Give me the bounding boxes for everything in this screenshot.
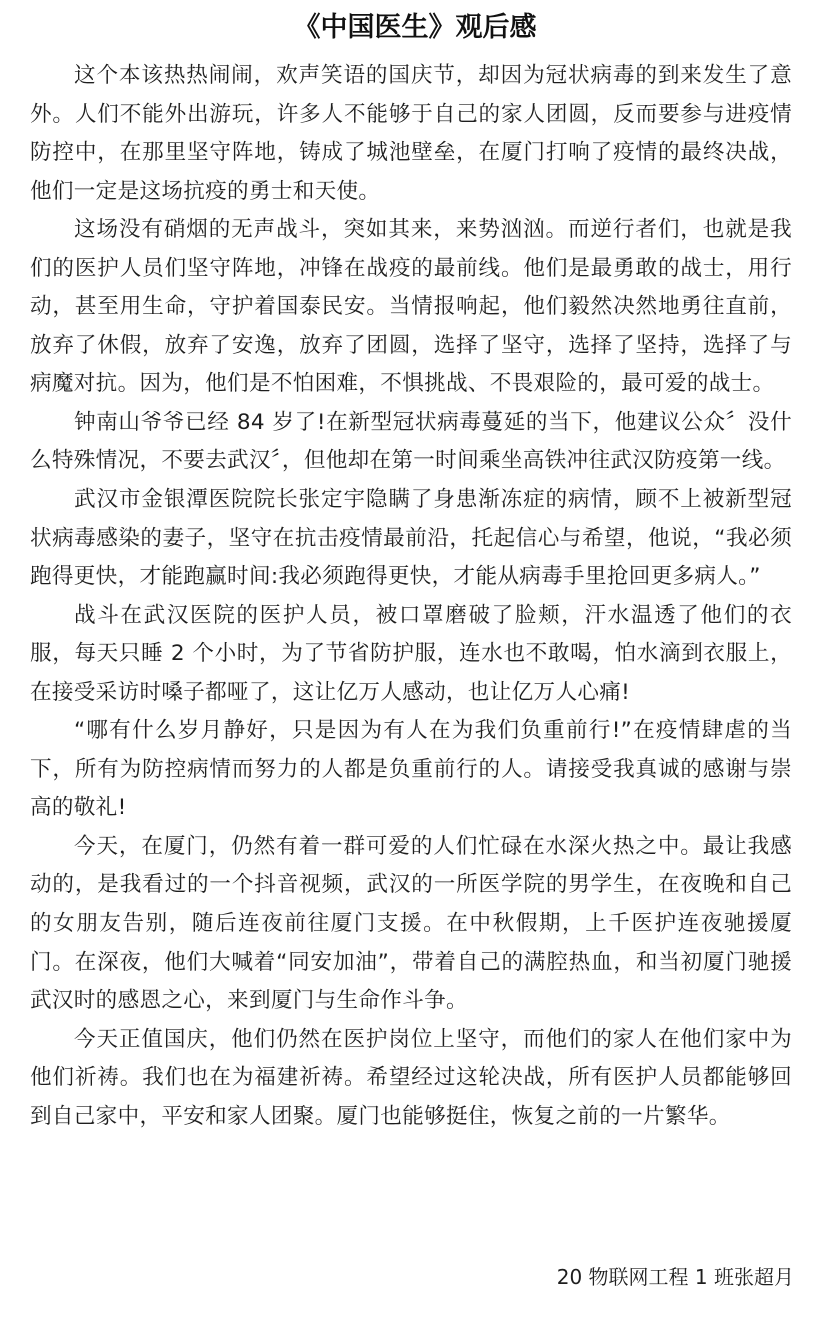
paragraph-7: 今天，在厦门，仍然有着一群可爱的人们忙碌在水深火热之中。最让我感动的，是我看过的… bbox=[30, 828, 792, 1021]
document-title: 《中国医生》观后感 bbox=[0, 8, 830, 48]
author-signature: 20 物联网工程 1 班张超月 bbox=[557, 1262, 794, 1292]
paragraph-5: 战斗在武汉医院的医护人员，被口罩磨破了脸颊，汗水温透了他们的衣服，每天只睡 2 … bbox=[30, 597, 792, 713]
paragraph-6: “哪有什么岁月静好，只是因为有人在为我们负重前行!”在疫情肆虐的当下，所有为防控… bbox=[30, 712, 792, 828]
document-page: 《中国医生》观后感 这个本该热热闹闹，欢声笑语的国庆节，却因为冠状病毒的到来发生… bbox=[0, 0, 830, 1318]
paragraph-1: 这个本该热热闹闹，欢声笑语的国庆节，却因为冠状病毒的到来发生了意外。人们不能外出… bbox=[30, 57, 792, 211]
paragraph-2: 这场没有硝烟的无声战斗，突如其来，来势汹汹。而逆行者们，也就是我们的医护人员们坚… bbox=[30, 211, 792, 404]
paragraph-8: 今天正值国庆，他们仍然在医护岗位上坚守，而他们的家人在他们家中为他们祈祷。我们也… bbox=[30, 1021, 792, 1137]
document-body: 这个本该热热闹闹，欢声笑语的国庆节，却因为冠状病毒的到来发生了意外。人们不能外出… bbox=[30, 57, 792, 1136]
paragraph-4: 武汉市金银潭医院院长张定宇隐瞒了身患渐冻症的病情，顾不上被新型冠状病毒感染的妻子… bbox=[30, 481, 792, 597]
paragraph-3: 钟南山爷爷已经 84 岁了!在新型冠状病毒蔓延的当下，他建议公众〞没什么特殊情况… bbox=[30, 404, 792, 481]
